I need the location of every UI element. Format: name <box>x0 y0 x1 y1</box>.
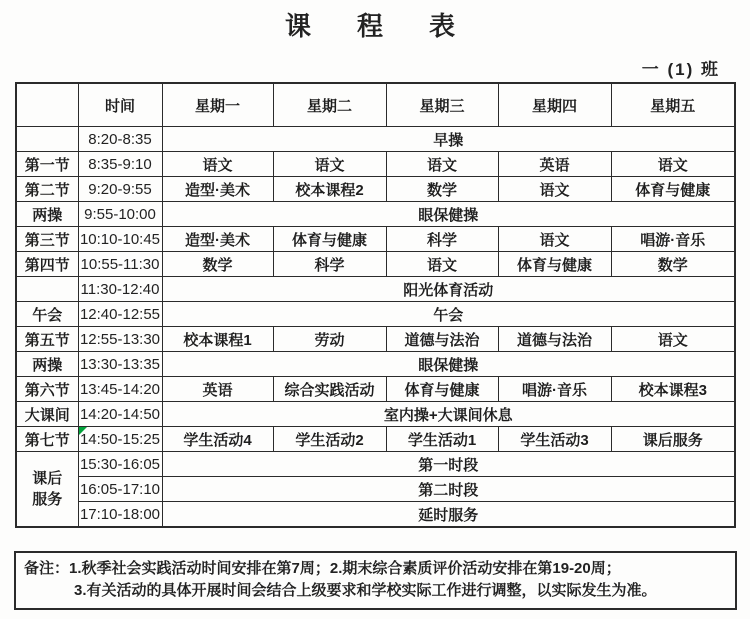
course-cell: 学生活动4 <box>162 427 273 452</box>
time-header: 时间 <box>78 83 162 127</box>
course-cell: 体育与健康 <box>386 377 498 402</box>
course-cell: 英语 <box>498 152 611 177</box>
notes-line-2: 3.有关活动的具体开展时间会结合上级要求和学校实际工作进行调整，以实际发生为准。 <box>24 580 727 602</box>
course-cell: 综合实践活动 <box>273 377 386 402</box>
course-cell: 科学 <box>386 227 498 252</box>
time-cell: 10:55-11:30 <box>78 252 162 277</box>
table-row: 16:05-17:10 第二时段 <box>16 477 735 502</box>
time-cell: 13:30-13:35 <box>78 352 162 377</box>
notes-box: 备注：1.秋季社会实践活动时间安排在第7周；2.期末综合素质评价活动安排在第19… <box>14 551 737 610</box>
table-row: 第五节 12:55-13:30 校本课程1 劳动 道德与法治 道德与法治 语文 <box>16 327 735 352</box>
time-cell: 12:55-13:30 <box>78 327 162 352</box>
period-label-cell <box>16 277 78 302</box>
table-row: 17:10-18:00 延时服务 <box>16 502 735 528</box>
table-row: 大课间 14:20-14:50 室内操+大课间休息 <box>16 402 735 427</box>
merged-activity-cell: 眼保健操 <box>162 202 735 227</box>
page-title: 课程表 <box>0 6 750 43</box>
period-label-cell: 两操 <box>16 352 78 377</box>
course-cell: 语文 <box>386 252 498 277</box>
time-cell: 17:10-18:00 <box>78 502 162 528</box>
course-cell: 数学 <box>611 252 735 277</box>
period-label-cell: 第一节 <box>16 152 78 177</box>
merged-activity-cell: 第一时段 <box>162 452 735 477</box>
corner-cell <box>16 83 78 127</box>
course-cell: 语文 <box>386 152 498 177</box>
course-cell: 体育与健康 <box>611 177 735 202</box>
course-cell: 校本课程2 <box>273 177 386 202</box>
course-cell: 学生活动2 <box>273 427 386 452</box>
header-row: 时间 星期一 星期二 星期三 星期四 星期五 <box>16 83 735 127</box>
table-row: 第二节 9:20-9:55 造型·美术 校本课程2 数学 语文 体育与健康 <box>16 177 735 202</box>
course-cell: 道德与法治 <box>498 327 611 352</box>
time-cell: 10:10-10:45 <box>78 227 162 252</box>
period-label-cell: 第五节 <box>16 327 78 352</box>
table-row: 8:20-8:35 早操 <box>16 127 735 152</box>
period-label-cell-after-school: 课后服务 <box>16 452 78 528</box>
course-cell: 语文 <box>162 152 273 177</box>
day-header-friday: 星期五 <box>611 83 735 127</box>
time-cell: 9:55-10:00 <box>78 202 162 227</box>
table-row: 第四节 10:55-11:30 数学 科学 语文 体育与健康 数学 <box>16 252 735 277</box>
merged-activity-cell: 阳光体育活动 <box>162 277 735 302</box>
course-cell: 校本课程1 <box>162 327 273 352</box>
course-cell: 造型·美术 <box>162 227 273 252</box>
timetable-page: 课程表 一 (1) 班 时间 星期一 星期二 星期三 星期四 星期五 8:20-… <box>0 0 750 619</box>
course-cell: 唱游·音乐 <box>498 377 611 402</box>
table-row: 第六节 13:45-14:20 英语 综合实践活动 体育与健康 唱游·音乐 校本… <box>16 377 735 402</box>
table-row: 11:30-12:40 阳光体育活动 <box>16 277 735 302</box>
period-label-cell: 午会 <box>16 302 78 327</box>
table-row: 第一节 8:35-9:10 语文 语文 语文 英语 语文 <box>16 152 735 177</box>
period-label-cell: 第三节 <box>16 227 78 252</box>
period-label-cell: 第二节 <box>16 177 78 202</box>
course-cell: 语文 <box>498 227 611 252</box>
merged-activity-cell: 午会 <box>162 302 735 327</box>
time-cell: 8:20-8:35 <box>78 127 162 152</box>
course-cell: 劳动 <box>273 327 386 352</box>
course-cell: 造型·美术 <box>162 177 273 202</box>
day-header-thursday: 星期四 <box>498 83 611 127</box>
merged-activity-cell: 延时服务 <box>162 502 735 528</box>
time-cell: 8:35-9:10 <box>78 152 162 177</box>
merged-activity-cell: 眼保健操 <box>162 352 735 377</box>
time-text: 14:50-15:25 <box>80 431 160 448</box>
course-cell: 数学 <box>162 252 273 277</box>
time-cell: 15:30-16:05 <box>78 452 162 477</box>
notes-label: 备注： <box>24 560 69 577</box>
merged-activity-cell: 第二时段 <box>162 477 735 502</box>
period-label-cell: 第六节 <box>16 377 78 402</box>
course-cell: 英语 <box>162 377 273 402</box>
notes-text-1: 1.秋季社会实践活动时间安排在第7周；2.期末综合素质评价活动安排在第19-20… <box>69 560 621 577</box>
time-cell: 11:30-12:40 <box>78 277 162 302</box>
table-row: 课后服务 15:30-16:05 第一时段 <box>16 452 735 477</box>
time-cell: 14:50-15:25 <box>78 427 162 452</box>
day-header-tuesday: 星期二 <box>273 83 386 127</box>
course-cell: 体育与健康 <box>273 227 386 252</box>
time-cell: 14:20-14:50 <box>78 402 162 427</box>
cell-flag-triangle-icon <box>79 427 87 435</box>
table-row: 两操 9:55-10:00 眼保健操 <box>16 202 735 227</box>
table-row: 第三节 10:10-10:45 造型·美术 体育与健康 科学 语文 唱游·音乐 <box>16 227 735 252</box>
table-row: 第七节 14:50-15:25 学生活动4 学生活动2 学生活动1 学生活动3 … <box>16 427 735 452</box>
timetable: 时间 星期一 星期二 星期三 星期四 星期五 8:20-8:35 早操 第一节 … <box>15 82 736 528</box>
time-cell: 12:40-12:55 <box>78 302 162 327</box>
merged-activity-cell: 早操 <box>162 127 735 152</box>
course-cell: 体育与健康 <box>498 252 611 277</box>
time-cell: 16:05-17:10 <box>78 477 162 502</box>
period-label-cell: 两操 <box>16 202 78 227</box>
notes-line-1: 备注：1.秋季社会实践活动时间安排在第7周；2.期末综合素质评价活动安排在第19… <box>24 558 727 580</box>
course-cell: 学生活动3 <box>498 427 611 452</box>
class-label: 一 (1) 班 <box>642 55 720 80</box>
period-label-cell: 第四节 <box>16 252 78 277</box>
table-row: 两操 13:30-13:35 眼保健操 <box>16 352 735 377</box>
course-cell: 语文 <box>611 152 735 177</box>
course-cell: 数学 <box>386 177 498 202</box>
day-header-monday: 星期一 <box>162 83 273 127</box>
course-cell: 课后服务 <box>611 427 735 452</box>
course-cell: 校本课程3 <box>611 377 735 402</box>
course-cell: 学生活动1 <box>386 427 498 452</box>
course-cell: 语文 <box>498 177 611 202</box>
table-row: 午会 12:40-12:55 午会 <box>16 302 735 327</box>
day-header-wednesday: 星期三 <box>386 83 498 127</box>
course-cell: 语文 <box>611 327 735 352</box>
time-cell: 13:45-14:20 <box>78 377 162 402</box>
course-cell: 科学 <box>273 252 386 277</box>
period-label-cell <box>16 127 78 152</box>
period-label-cell: 第七节 <box>16 427 78 452</box>
period-label-cell: 大课间 <box>16 402 78 427</box>
merged-activity-cell: 室内操+大课间休息 <box>162 402 735 427</box>
course-cell: 语文 <box>273 152 386 177</box>
course-cell: 道德与法治 <box>386 327 498 352</box>
course-cell: 唱游·音乐 <box>611 227 735 252</box>
time-cell: 9:20-9:55 <box>78 177 162 202</box>
after-school-label: 课后服务 <box>29 468 65 510</box>
